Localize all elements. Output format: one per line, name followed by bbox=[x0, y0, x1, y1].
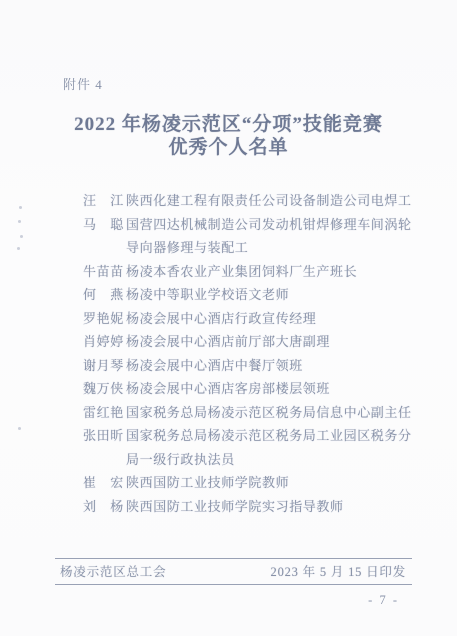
person-name: 何 燕 bbox=[83, 283, 124, 307]
person-title: 杨凌会展中心酒店前厅部大唐副理 bbox=[126, 330, 426, 354]
page-number: - 7 - bbox=[368, 593, 399, 608]
document-title-line2: 优秀个人名单 bbox=[0, 136, 457, 159]
list-item: 魏万侠 杨凌会展中心酒店客房部楼层领班 bbox=[83, 377, 428, 401]
document-page: 附件 4 2022 年杨凌示范区“分项”技能竞赛 优秀个人名单 汪 江 陕西化建… bbox=[0, 0, 457, 636]
scan-speck bbox=[17, 247, 20, 250]
list-item: 肖婷婷 杨凌会展中心酒店前厅部大唐副理 bbox=[83, 330, 428, 354]
issuing-organization: 杨凌示范区总工会 bbox=[60, 562, 166, 580]
list-item: 牛苗苗 杨凌本香农业产业集团饲料厂生产班长 bbox=[83, 260, 428, 284]
person-title: 国营四达机械制造公司发动机钳焊修理车间涡轮 导向器修理与装配工 bbox=[126, 213, 426, 260]
attachment-label: 附件 4 bbox=[63, 74, 103, 93]
document-title-line1: 2022 年杨凌示范区“分项”技能竞赛 bbox=[0, 113, 457, 136]
list-item: 雷红艳 国家税务总局杨凌示范区税务局信息中心副主任 bbox=[83, 401, 428, 425]
person-name: 张田昕 bbox=[83, 424, 124, 448]
person-title: 国家税务总局杨凌示范区税务局工业园区税务分 局一级行政执法员 bbox=[126, 424, 426, 471]
scan-speck bbox=[18, 427, 21, 430]
person-name: 魏万侠 bbox=[83, 377, 124, 401]
person-title: 陕西国防工业技师学院教师 bbox=[126, 471, 426, 495]
person-title: 杨凌会展中心酒店中餐厅领班 bbox=[126, 354, 426, 378]
person-name: 肖婷婷 bbox=[83, 330, 124, 354]
scan-speck bbox=[18, 220, 21, 223]
person-title: 陕西国防工业技师学院实习指导教师 bbox=[126, 495, 426, 519]
list-item: 张田昕 国家税务总局杨凌示范区税务局工业园区税务分 局一级行政执法员 bbox=[83, 424, 428, 471]
person-title: 杨凌会展中心酒店客房部楼层领班 bbox=[126, 377, 426, 401]
person-name: 崔 宏 bbox=[83, 471, 124, 495]
document-title: 2022 年杨凌示范区“分项”技能竞赛 优秀个人名单 bbox=[0, 113, 457, 159]
person-title: 杨凌会展中心酒店行政宣传经理 bbox=[126, 307, 426, 331]
list-item: 罗艳妮 杨凌会展中心酒店行政宣传经理 bbox=[83, 307, 428, 331]
person-name: 刘 杨 bbox=[83, 495, 124, 519]
person-name: 牛苗苗 bbox=[83, 260, 124, 284]
print-date: 2023 年 5 月 15 日印发 bbox=[271, 562, 406, 580]
person-name: 汪 江 bbox=[83, 189, 124, 213]
list-item: 崔 宏 陕西国防工业技师学院教师 bbox=[83, 471, 428, 495]
list-item: 谢月琴 杨凌会展中心酒店中餐厅领班 bbox=[83, 354, 428, 378]
award-winner-list: 汪 江 陕西化建工程有限责任公司设备制造公司电焊工 马 聪 国营四达机械制造公司… bbox=[83, 189, 428, 518]
list-item: 汪 江 陕西化建工程有限责任公司设备制造公司电焊工 bbox=[83, 189, 428, 213]
scan-speck bbox=[20, 235, 23, 238]
person-title: 杨凌中等职业学校语文老师 bbox=[126, 283, 426, 307]
person-name: 谢月琴 bbox=[83, 354, 124, 378]
person-title: 杨凌本香农业产业集团饲料厂生产班长 bbox=[126, 260, 426, 284]
person-name: 雷红艳 bbox=[83, 401, 124, 425]
list-item: 刘 杨 陕西国防工业技师学院实习指导教师 bbox=[83, 495, 428, 519]
list-item: 何 燕 杨凌中等职业学校语文老师 bbox=[83, 283, 428, 307]
person-title: 陕西化建工程有限责任公司设备制造公司电焊工 bbox=[126, 189, 426, 213]
list-item: 马 聪 国营四达机械制造公司发动机钳焊修理车间涡轮 导向器修理与装配工 bbox=[83, 213, 428, 260]
person-name: 马 聪 bbox=[83, 213, 124, 237]
footer-colophon: 杨凌示范区总工会 2023 年 5 月 15 日印发 bbox=[55, 558, 412, 585]
person-title: 国家税务总局杨凌示范区税务局信息中心副主任 bbox=[126, 401, 426, 425]
person-name: 罗艳妮 bbox=[83, 307, 124, 331]
scan-speck bbox=[19, 206, 22, 209]
